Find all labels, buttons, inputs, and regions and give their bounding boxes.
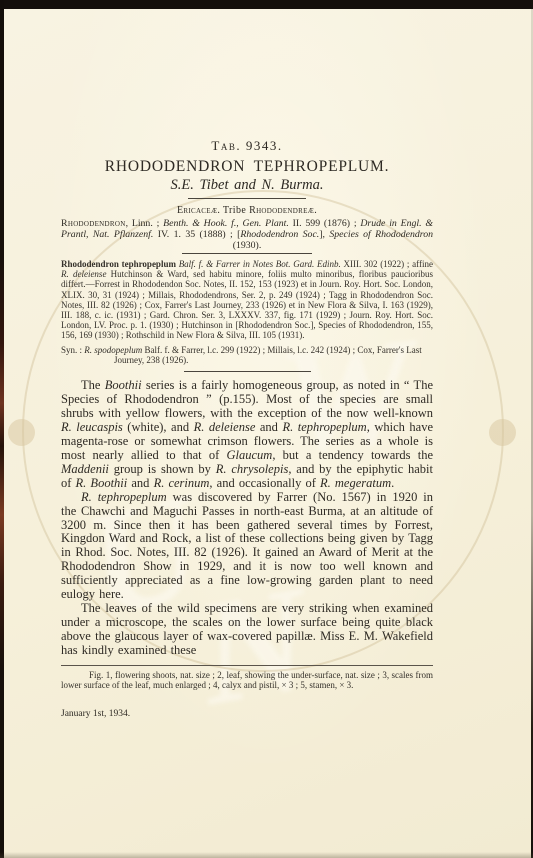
text-column: Tab. 9343. RHODODENDRON TEPHROPEPLUM. S.… [61,0,433,719]
title-divider [188,198,306,199]
scan-edge-left [0,0,4,858]
genus-citation: Rhododendron, Linn. ; Benth. & Hook. f.,… [61,218,433,251]
figure-caption-rule [61,665,433,666]
plate-subtitle: S.E. Tibet and N. Burma. [61,177,433,194]
body-paragraph: The Boothii series is a fairly homogeneo… [61,379,433,490]
body-paragraph: R. tephropeplum was discovered by Farrer… [61,491,433,602]
blind-stamp-dot-right [489,419,516,446]
blind-stamp-dot-left [8,419,35,446]
body-paragraph: The leaves of the wild specimens are ver… [61,602,433,658]
scanned-page: W U N Tab. 9343. RHODODENDRON TEPHROPEPL… [0,0,533,858]
family-tribe-line: Ericaceæ. Tribe Rhododendreæ. [61,205,433,216]
figure-caption: Fig. 1, flowering shoots, nat. size ; 2,… [61,670,433,692]
scan-edge-top [0,0,533,9]
paper-surface: W U N Tab. 9343. RHODODENDRON TEPHROPEPL… [0,0,533,858]
synonymy-divider [184,371,311,372]
publication-date: January 1st, 1934. [61,709,433,719]
citation-divider [182,253,312,254]
plate-number: Tab. 9343. [61,138,433,154]
synonym-line: Syn. : R. spodopeplum Balf. f. & Farrer,… [61,345,433,366]
species-reference: Rhododendron tephropeplum Balf. f. & Far… [61,259,433,341]
scan-edge-bottom [0,852,533,858]
plate-title: RHODODENDRON TEPHROPEPLUM. [61,158,433,176]
